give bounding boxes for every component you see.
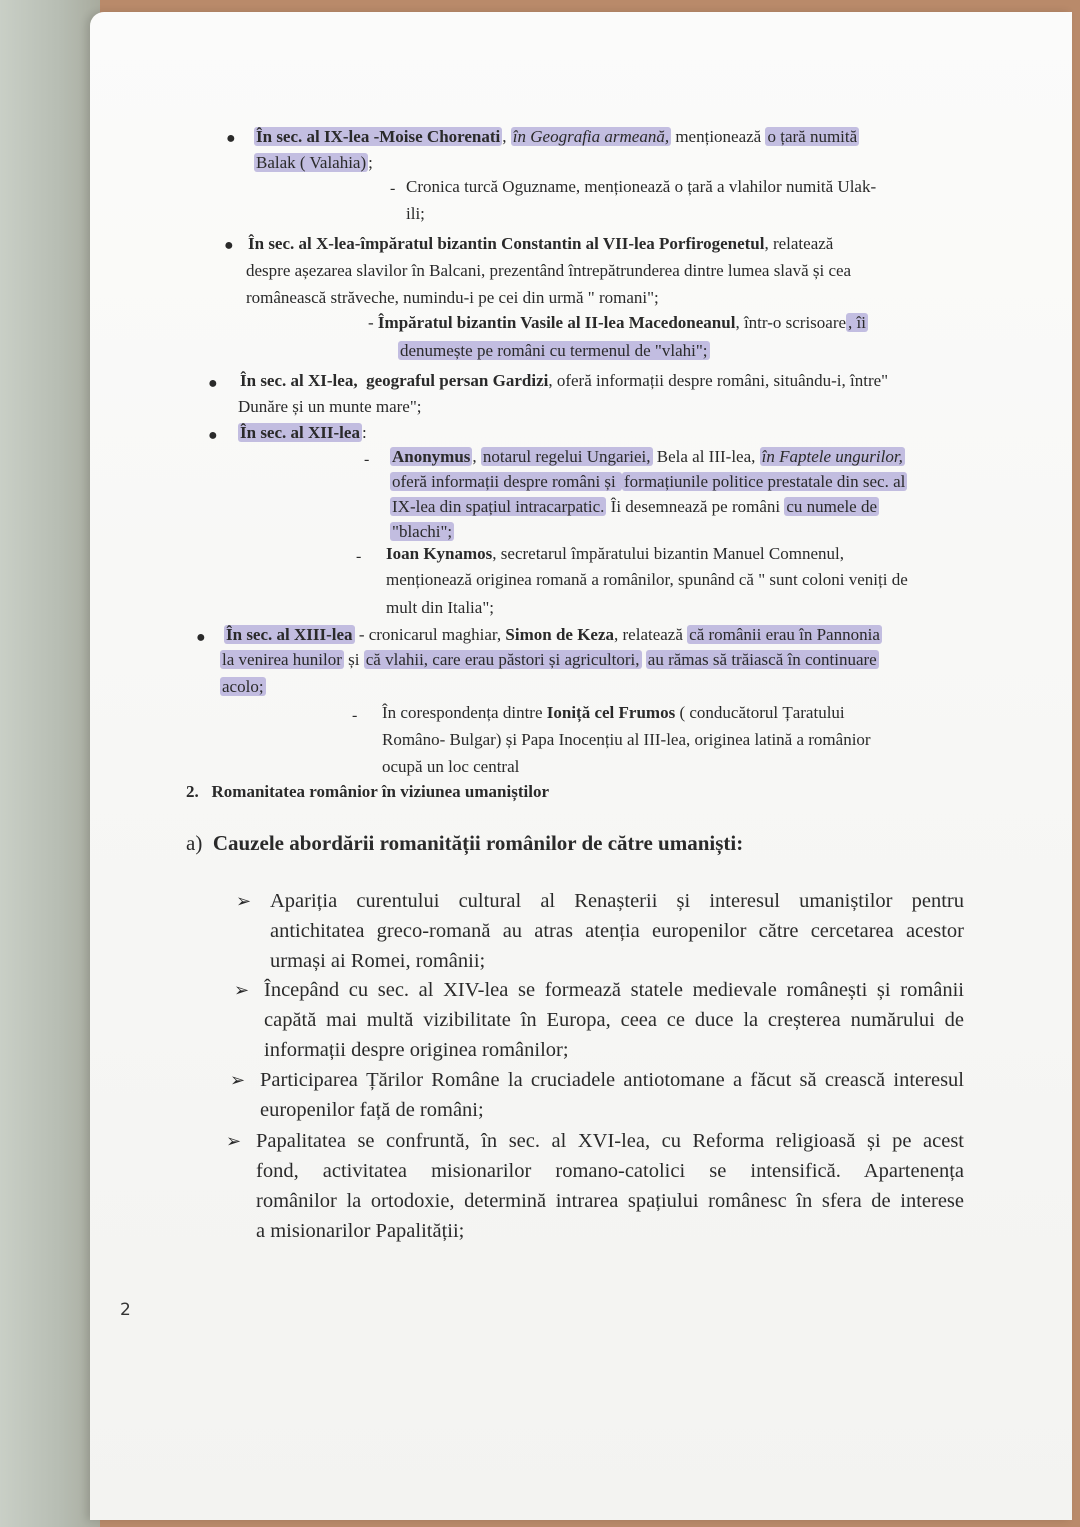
dash-icon: -	[352, 707, 357, 725]
entry-x-line2: despre așezarea slavilor în Balcani, pre…	[246, 260, 851, 282]
entry-kynamos-name: Ioan Kynamos	[386, 544, 492, 563]
text: ;	[368, 153, 373, 172]
entry-anonymus-line4: "blachi";	[390, 521, 454, 543]
entry-ix-source: în Geografia armeană,	[511, 127, 671, 146]
background-wall	[0, 0, 100, 1527]
highlight: că vlahii, care erau păstori și agricult…	[364, 650, 642, 669]
entry-xiii-author: Simon de Keza	[505, 625, 614, 644]
cause-1-line: antichitatea greco-romană au atras atenț…	[270, 918, 964, 945]
entry-anonymus-name: Anonymus	[390, 447, 472, 466]
entry-xii-lead: În sec. al XII-lea	[238, 423, 362, 442]
subsection-label: a)	[186, 831, 202, 855]
entry-ix-lead: În sec. al IX-lea -Moise Chorenati	[254, 127, 502, 146]
dash-icon: -	[356, 548, 361, 566]
entry-x-line1: În sec. al X-lea-împăratul bizantin Cons…	[248, 233, 833, 255]
entry-vasile-name: Împăratul bizantin Vasile al II-lea Mace…	[378, 313, 736, 332]
text: :	[362, 423, 367, 442]
cause-4-line: Papalitatea se confruntă, în sec. al XVI…	[256, 1128, 964, 1155]
arrow-bullet-icon: ➢	[234, 980, 249, 1001]
entry-oguzname-line2: ili;	[406, 203, 425, 225]
cause-1-line: Apariția curentului cultural al Renașter…	[270, 888, 964, 915]
highlight: că românii erau în Pannonia	[687, 625, 882, 644]
text: Îi desemnează pe români	[606, 497, 784, 516]
highlight: , îi	[846, 313, 868, 332]
entry-kynamos-line1: Ioan Kynamos, secretarul împăratului biz…	[386, 543, 844, 565]
cause-4-line: românilor la ortodoxie, determină intrar…	[256, 1188, 964, 1215]
text: Bela al III-lea,	[653, 447, 760, 466]
highlight: IX-lea din spațiul intracarpatic.	[390, 497, 606, 516]
highlight: denumește pe români cu termenul de "vlah…	[398, 341, 710, 360]
entry-anonymus-line3: IX-lea din spațiul intracarpatic. Îi des…	[390, 496, 879, 518]
entry-xiii-line2: la venirea hunilor și că vlahii, care er…	[220, 649, 879, 671]
subsection-a-heading: a) Cauzele abordării romanității românil…	[186, 832, 743, 854]
cause-2-line: capătă mai multă vizibilitate în Europa,…	[264, 1007, 964, 1034]
bullet-icon: ●	[224, 237, 234, 255]
cause-4-line: a misionarilor Papalității;	[256, 1218, 464, 1245]
cause-4-line: fond, activitatea misionarilor romano-ca…	[256, 1158, 964, 1185]
entry-xiii-lead: În sec. al XIII-lea	[224, 625, 355, 644]
highlight: formațiunile politice prestatale din sec…	[622, 472, 907, 491]
entry-xii-line1: În sec. al XII-lea:	[238, 422, 367, 444]
highlight: "blachi";	[390, 522, 454, 541]
bullet-icon: ●	[226, 130, 236, 148]
cause-3-line: Participarea Țărilor Române la cruciadel…	[260, 1067, 964, 1094]
entry-xi-line1: În sec. al XI-lea, geograful persan Gard…	[240, 370, 888, 392]
entry-ionita-name: Ioniță cel Frumos	[547, 703, 675, 722]
entry-xiii-line3: acolo;	[220, 676, 266, 698]
entry-xiii-line1: În sec. al XIII-lea - cronicarul maghiar…	[224, 624, 882, 646]
highlight: au rămas să trăiască în continuare	[646, 650, 879, 669]
bullet-icon: ●	[196, 629, 206, 647]
page-number: 2	[120, 1300, 131, 1320]
highlight: la venirea hunilor	[220, 650, 344, 669]
entry-ionita-line1: În corespondența dintre Ioniță cel Frumo…	[382, 702, 845, 724]
entry-anonymus-line1: Anonymus, notarul regelui Ungariei, Bela…	[390, 446, 905, 468]
entry-oguzname-line1: Cronica turcă Oguzname, menționează o ța…	[406, 176, 876, 198]
text: ,	[502, 127, 511, 146]
entry-kynamos-line3: mult din Italia";	[386, 597, 494, 619]
section-2-heading: 2. Romanitatea românior în viziunea uman…	[186, 781, 549, 803]
highlight: cu numele de	[784, 497, 879, 516]
entry-kynamos-line2: menționează originea romană a românilor,…	[386, 569, 908, 591]
entry-ix-line1: În sec. al IX-lea -Moise Chorenati, în G…	[254, 126, 859, 148]
cause-2-line: Începând cu sec. al XIV-lea se formează …	[264, 977, 964, 1004]
highlight: Balak ( Valahia)	[254, 153, 368, 172]
entry-ionita-line3: ocupă un loc central	[382, 756, 519, 778]
text: În corespondența dintre	[382, 703, 547, 722]
text: , într-o scrisoare	[735, 313, 846, 332]
text: , oferă informații despre români, situân…	[548, 371, 888, 390]
highlight: oferă informații despre români și	[390, 472, 622, 491]
bullet-icon: ●	[208, 427, 218, 445]
text: și	[344, 650, 364, 669]
entry-x-lead: În sec. al X-lea-împăratul bizantin Cons…	[248, 234, 764, 253]
cause-1-line: urmași ai Romei, românii;	[270, 948, 485, 975]
entry-anonymus-line2: oferă informații despre români și formaț…	[390, 471, 907, 493]
text: , relatează	[764, 234, 833, 253]
highlight: în Faptele ungurilor,	[760, 447, 905, 466]
dash-icon: -	[368, 313, 378, 332]
text: - cronicarul maghiar,	[355, 625, 506, 644]
entry-ix-line2: Balak ( Valahia);	[254, 152, 373, 174]
cause-3-line: europenilor față de români;	[260, 1097, 484, 1124]
entry-vasile-line2: denumește pe români cu termenul de "vlah…	[398, 340, 710, 362]
arrow-bullet-icon: ➢	[230, 1070, 245, 1091]
highlight: notarul regelui Ungariei,	[481, 447, 653, 466]
subsection-title: Cauzele abordării romanității românilor …	[213, 831, 743, 855]
highlight: o țară numită	[765, 127, 859, 146]
entry-ionita-line2: Româno- Bulgar) și Papa Inocențiu al III…	[382, 729, 871, 751]
text: ,	[472, 447, 481, 466]
arrow-bullet-icon: ➢	[226, 1131, 241, 1152]
text: , secretarul împăratului bizantin Manuel…	[492, 544, 844, 563]
cause-2-line: informații despre originea românilor;	[264, 1037, 569, 1064]
arrow-bullet-icon: ➢	[236, 891, 251, 912]
highlight: acolo;	[220, 677, 266, 696]
bullet-icon: ●	[208, 375, 218, 393]
section-number: 2.	[186, 782, 199, 801]
entry-x-line3: românească străveche, numindu-i pe cei d…	[246, 287, 659, 309]
dash-icon: -	[390, 180, 395, 198]
entry-xi-line2: Dunăre și un munte mare";	[238, 396, 422, 418]
text: , relatează	[614, 625, 687, 644]
text: menționează	[671, 127, 765, 146]
entry-xi-lead: În sec. al XI-lea,	[240, 371, 358, 390]
entry-vasile-line1: - Împăratul bizantin Vasile al II-lea Ma…	[368, 312, 868, 334]
entry-xi-author: geograful persan Gardizi	[366, 371, 548, 390]
section-title: Romanitatea românior în viziunea umanișt…	[212, 782, 550, 801]
dash-icon: -	[364, 451, 369, 469]
text: ( conducătorul Țaratului	[675, 703, 844, 722]
